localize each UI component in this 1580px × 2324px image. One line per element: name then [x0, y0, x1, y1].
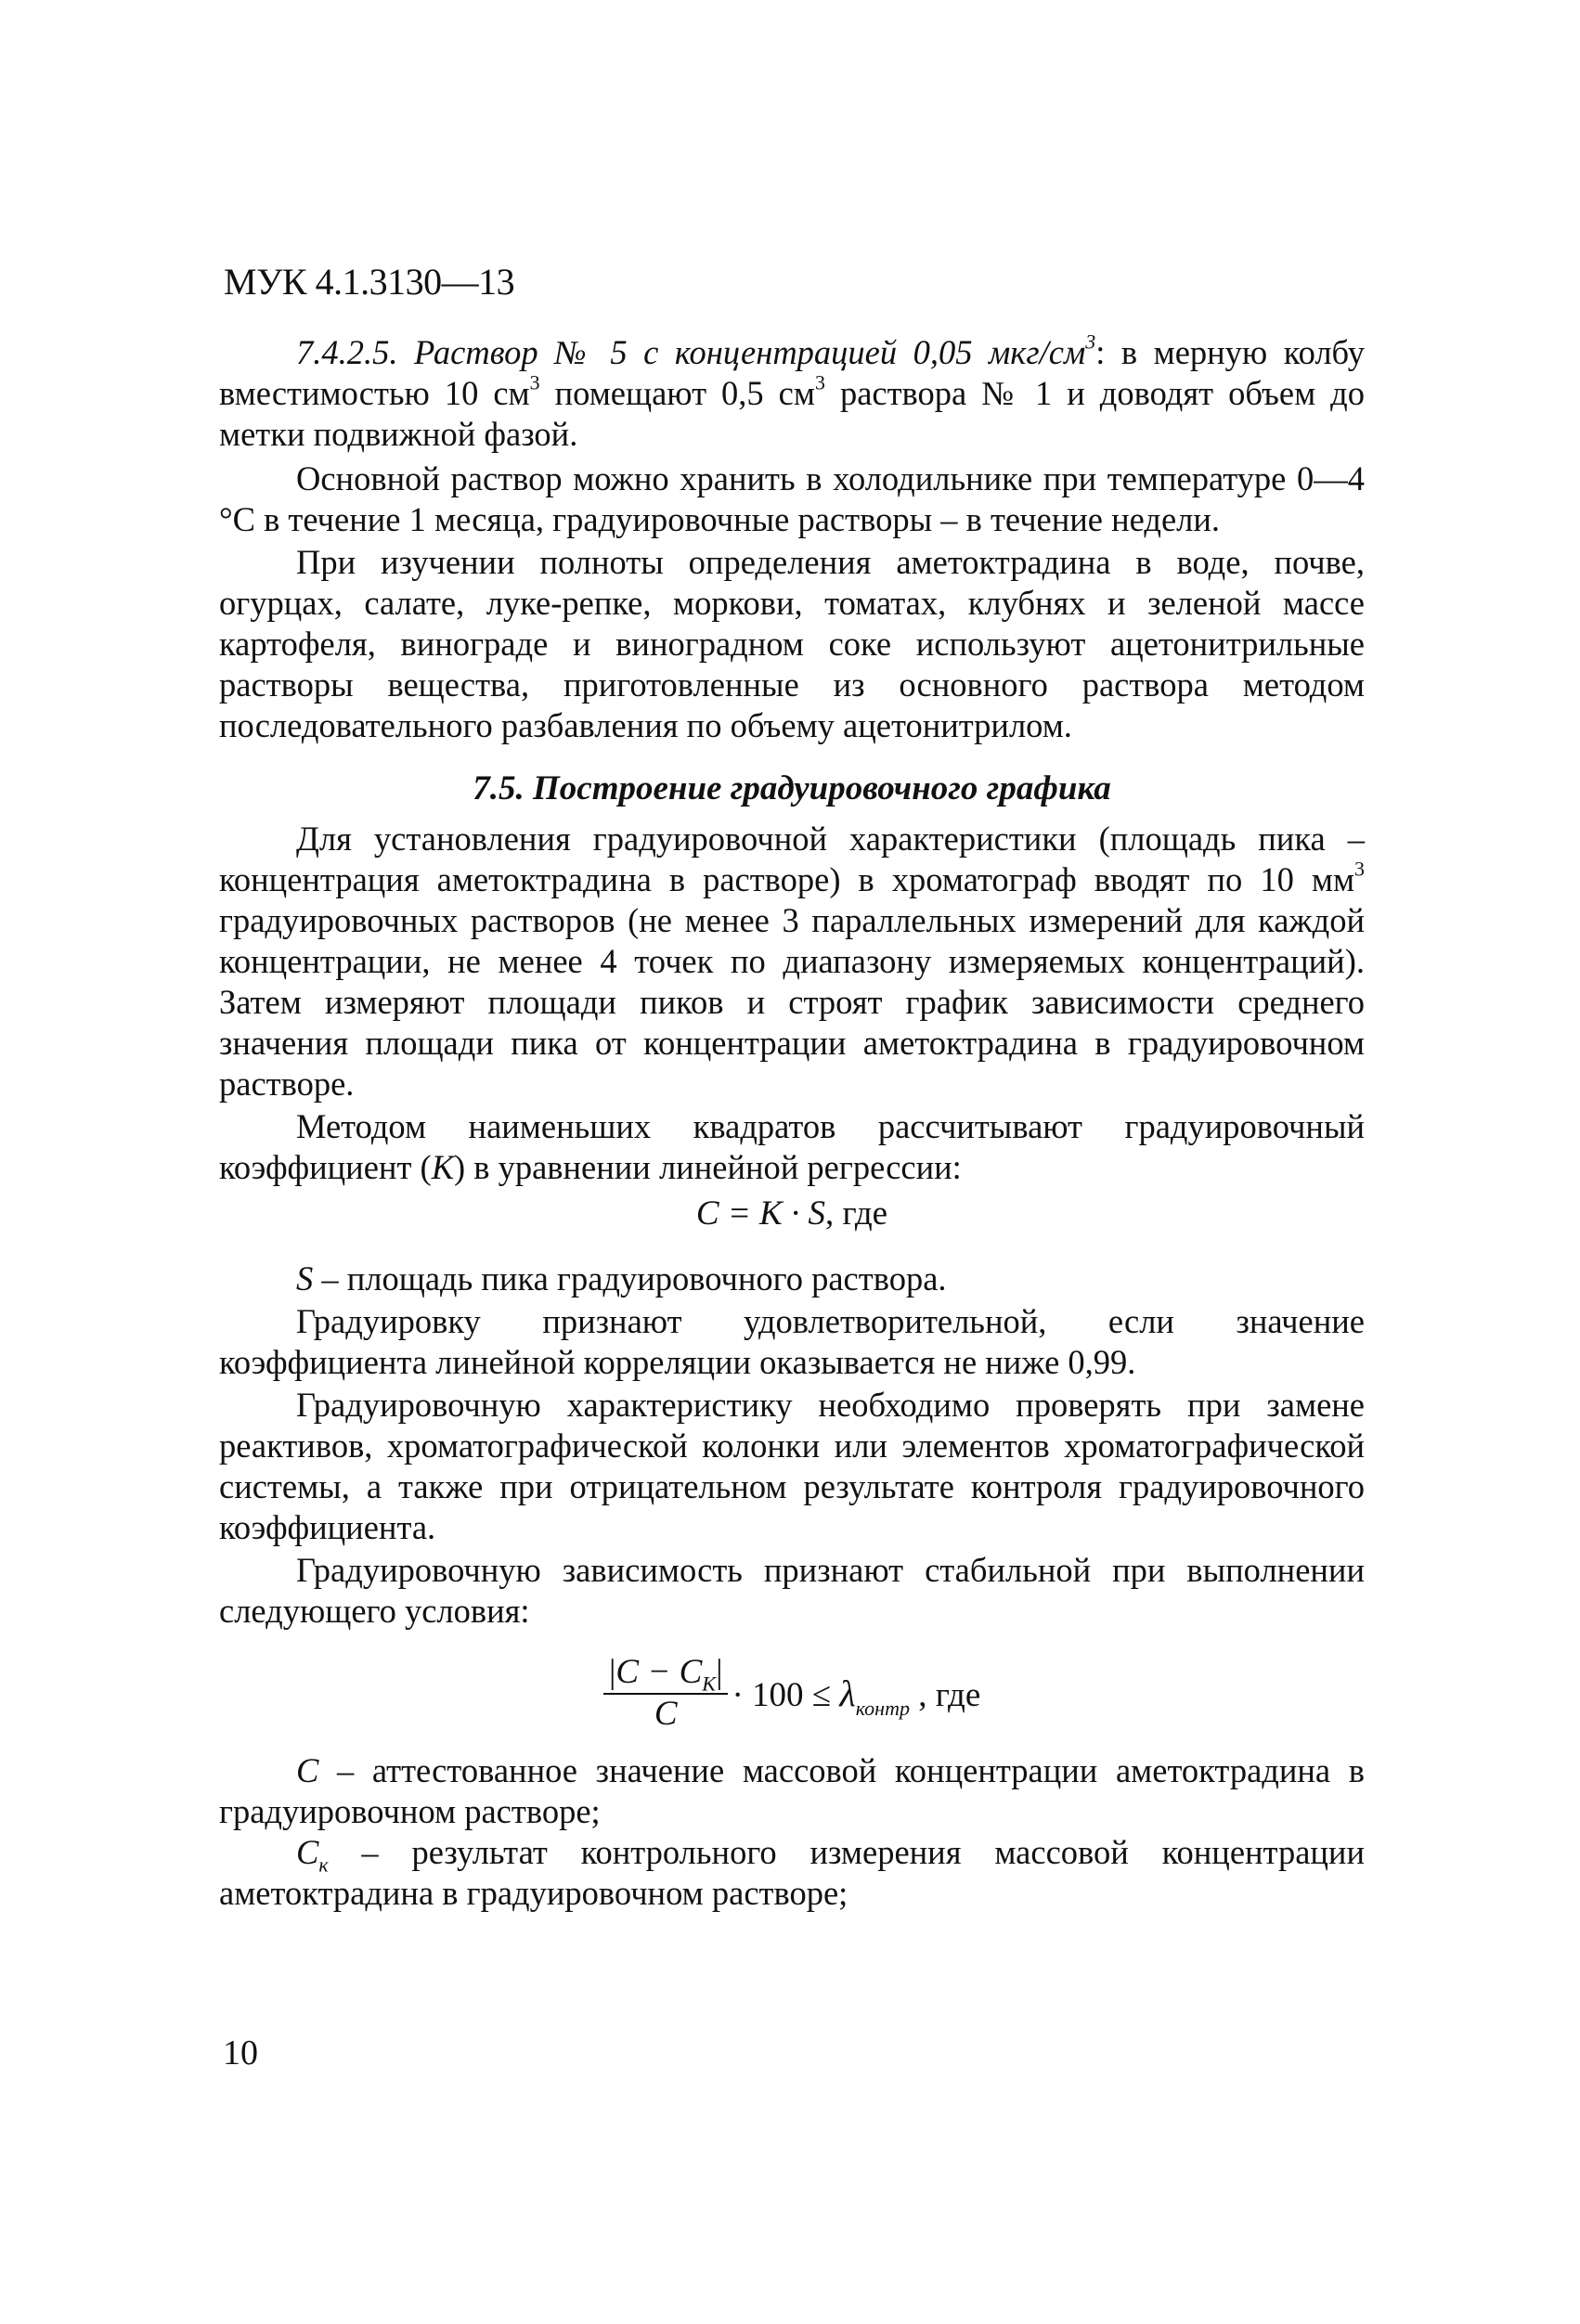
superscript: 3: [1085, 330, 1095, 354]
symbol-s: S: [296, 1259, 313, 1298]
subsection-title: 7.4.2.5. Раствор № 5 с концентрацией 0,0…: [296, 333, 1085, 371]
fraction: |C − CK| C: [603, 1654, 728, 1734]
superscript: 3: [1354, 858, 1365, 881]
paragraph-text: S – площадь пика градуировочного раствор…: [219, 1259, 1365, 1299]
definition-s: S – площадь пика градуировочного раствор…: [219, 1259, 1365, 1299]
formula-where: , где: [825, 1194, 887, 1233]
symbol-c: C: [296, 1751, 318, 1789]
paragraph-solution-5: 7.4.2.5. Раствор № 5 с концентрацией 0,0…: [219, 332, 1365, 455]
symbol-ck: C: [296, 1833, 318, 1871]
lambda-subscript: контр: [856, 1697, 910, 1720]
paragraph-calibration: Для установления градуировочной характер…: [219, 819, 1365, 1104]
paragraph-check: Градуировочную характеристику необходимо…: [219, 1385, 1365, 1548]
superscript: 3: [815, 371, 825, 394]
page-number: 10: [223, 2033, 258, 2073]
document-page: МУК 4.1.3130—13 7.4.2.5. Раствор № 5 с к…: [0, 0, 1580, 2324]
paragraph-text: Методом наименьших квадратов рассчитываю…: [219, 1106, 1365, 1188]
definition-ck: Cк – результат контрольного измерения ма…: [219, 1832, 1365, 1914]
text-run: помещают 0,5 см: [540, 374, 815, 412]
paragraph-text: Градуировку признают удовлетворительной,…: [219, 1301, 1365, 1383]
paragraph-text: При изучении полноты определения аметокт…: [219, 542, 1365, 746]
paragraph-correlation: Градуировку признают удовлетворительной,…: [219, 1301, 1365, 1383]
text-run: – площадь пика градуировочного раствора.: [313, 1259, 946, 1298]
text-run: градуировочных растворов (не менее 3 пар…: [219, 901, 1365, 1103]
numerator-expression: C − C: [615, 1653, 702, 1691]
symbol-k: К: [432, 1148, 454, 1186]
document-header: МУК 4.1.3130—13: [224, 260, 514, 304]
formula-rest: · 100 ≤ λконтр , где: [732, 1668, 980, 1721]
text-run: – результат контрольного измерения массо…: [219, 1833, 1365, 1912]
paragraph-text: Основной раствор можно хранить в холодил…: [219, 458, 1365, 540]
paragraph-stability: Градуировочную зависимость признают стаб…: [219, 1550, 1365, 1632]
paragraph-text: Для установления градуировочной характер…: [219, 819, 1365, 1104]
section-heading: 7.5. Построение градуировочного графика: [219, 768, 1365, 809]
lambda-symbol: λ: [839, 1672, 855, 1714]
paragraph-text: Градуировочную характеристику необходимо…: [219, 1385, 1365, 1548]
paragraph-text: Градуировочную зависимость признают стаб…: [219, 1550, 1365, 1632]
paragraph-text: Cк – результат контрольного измерения ма…: [219, 1832, 1365, 1914]
paragraph-text: 7.4.2.5. Раствор № 5 с концентрацией 0,0…: [219, 332, 1365, 455]
text-run: ) в уравнении линейной регрессии:: [454, 1148, 962, 1186]
formula-where: , где: [910, 1676, 980, 1714]
text-run: Для установления градуировочной характер…: [219, 820, 1365, 898]
paragraph-recovery: При изучении полноты определения аметокт…: [219, 542, 1365, 746]
definition-c: C – аттестованное значение массовой конц…: [219, 1750, 1365, 1832]
formula-inequality: · 100 ≤: [732, 1676, 839, 1714]
formula-expression: C = K · S: [696, 1194, 825, 1233]
abs-bar: |: [716, 1653, 722, 1691]
superscript: 3: [530, 371, 540, 394]
formula-regression: C = K · S, где: [219, 1194, 1365, 1234]
subscript: к: [318, 1853, 328, 1876]
fraction-numerator: |C − CK|: [603, 1654, 728, 1695]
text-run: – аттестованное значение массовой концен…: [219, 1751, 1365, 1830]
paragraph-least-squares: Методом наименьших квадратов рассчитываю…: [219, 1106, 1365, 1188]
formula-stability: |C − CK| C · 100 ≤ λконтр , где: [603, 1647, 980, 1740]
paragraph-storage: Основной раствор можно хранить в холодил…: [219, 458, 1365, 540]
fraction-denominator: C: [654, 1695, 678, 1734]
subscript: K: [702, 1672, 716, 1695]
paragraph-text: C – аттестованное значение массовой конц…: [219, 1750, 1365, 1832]
